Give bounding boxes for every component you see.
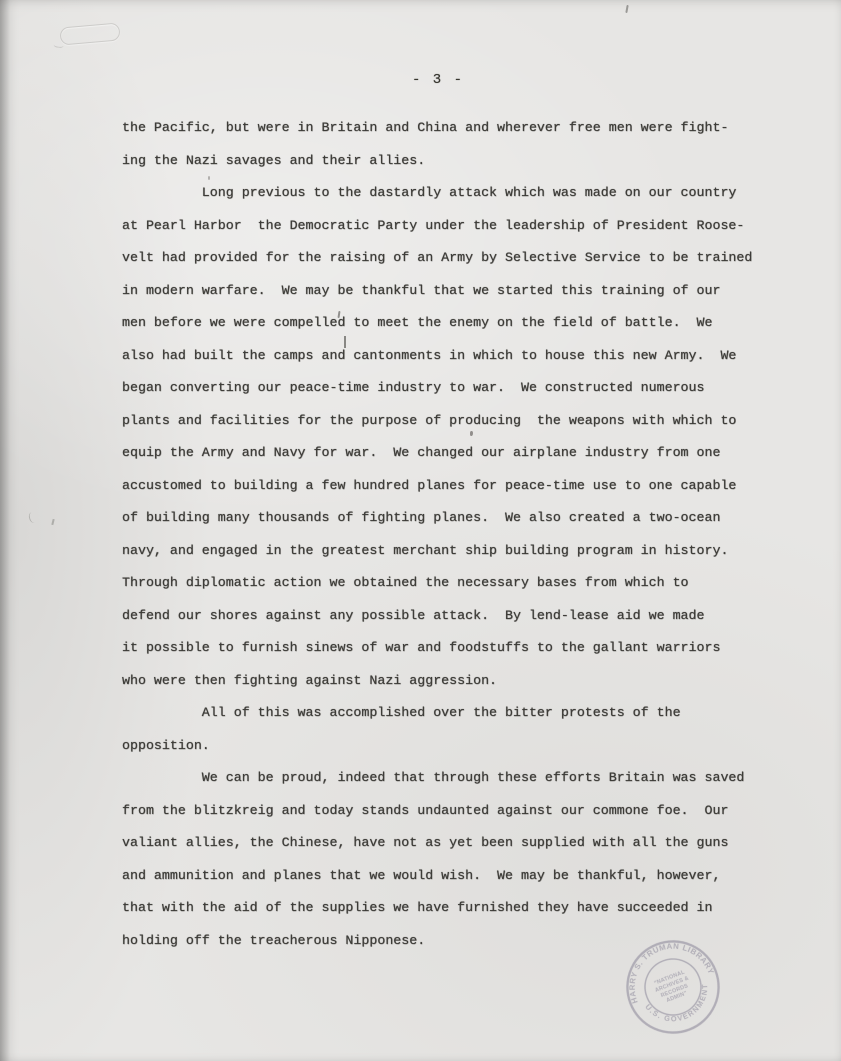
text-line: began converting our peace-time industry… [122,372,822,405]
scan-edge [0,0,10,1061]
scan-artifact [28,511,39,524]
scan-artifact [51,519,54,525]
text-line: navy, and engaged in the greatest mercha… [122,535,822,568]
text-line: and ammunition and planes that we would … [122,860,822,893]
staple-mark [59,22,120,45]
text-line: All of this was accomplished over the bi… [122,697,822,730]
scanned-document-page: - 3 - the Pacific, but were in Britain a… [0,0,841,1061]
text-line: ing the Nazi savages and their allies. [122,145,822,178]
text-line: men before we were compelled to meet the… [122,307,822,340]
text-line: that with the aid of the supplies we hav… [122,892,822,925]
text-line: We can be proud, indeed that through the… [122,762,822,795]
text-line: valiant allies, the Chinese, have not as… [122,827,822,860]
text-line: from the blitzkreig and today stands und… [122,795,822,828]
text-line: in modern warfare. We may be thankful th… [122,275,822,308]
text-line: at Pearl Harbor the Democratic Party und… [122,210,822,243]
text-line: of building many thousands of fighting p… [122,502,822,535]
text-line: it possible to furnish sinews of war and… [122,632,822,665]
typed-body: the Pacific, but were in Britain and Chi… [122,112,822,957]
text-line: velt had provided for the raising of an … [122,242,822,275]
text-line: also had built the camps and cantonments… [122,340,822,373]
scan-artifact [625,5,628,13]
text-line: who were then fighting against Nazi aggr… [122,665,822,698]
text-line: opposition. [122,730,822,763]
text-line: plants and facilities for the purpose of… [122,405,822,438]
text-line: accustomed to building a few hundred pla… [122,470,822,503]
text-line: Through diplomatic action we obtained th… [122,567,822,600]
text-line: defend our shores against any possible a… [122,600,822,633]
text-line: holding off the treacherous Nipponese. [122,925,822,958]
text-line: Long previous to the dastardly attack wh… [122,177,822,210]
text-line: the Pacific, but were in Britain and Chi… [122,112,822,145]
page-number: - 3 - [412,72,464,88]
text-line: equip the Army and Navy for war. We chan… [122,437,822,470]
